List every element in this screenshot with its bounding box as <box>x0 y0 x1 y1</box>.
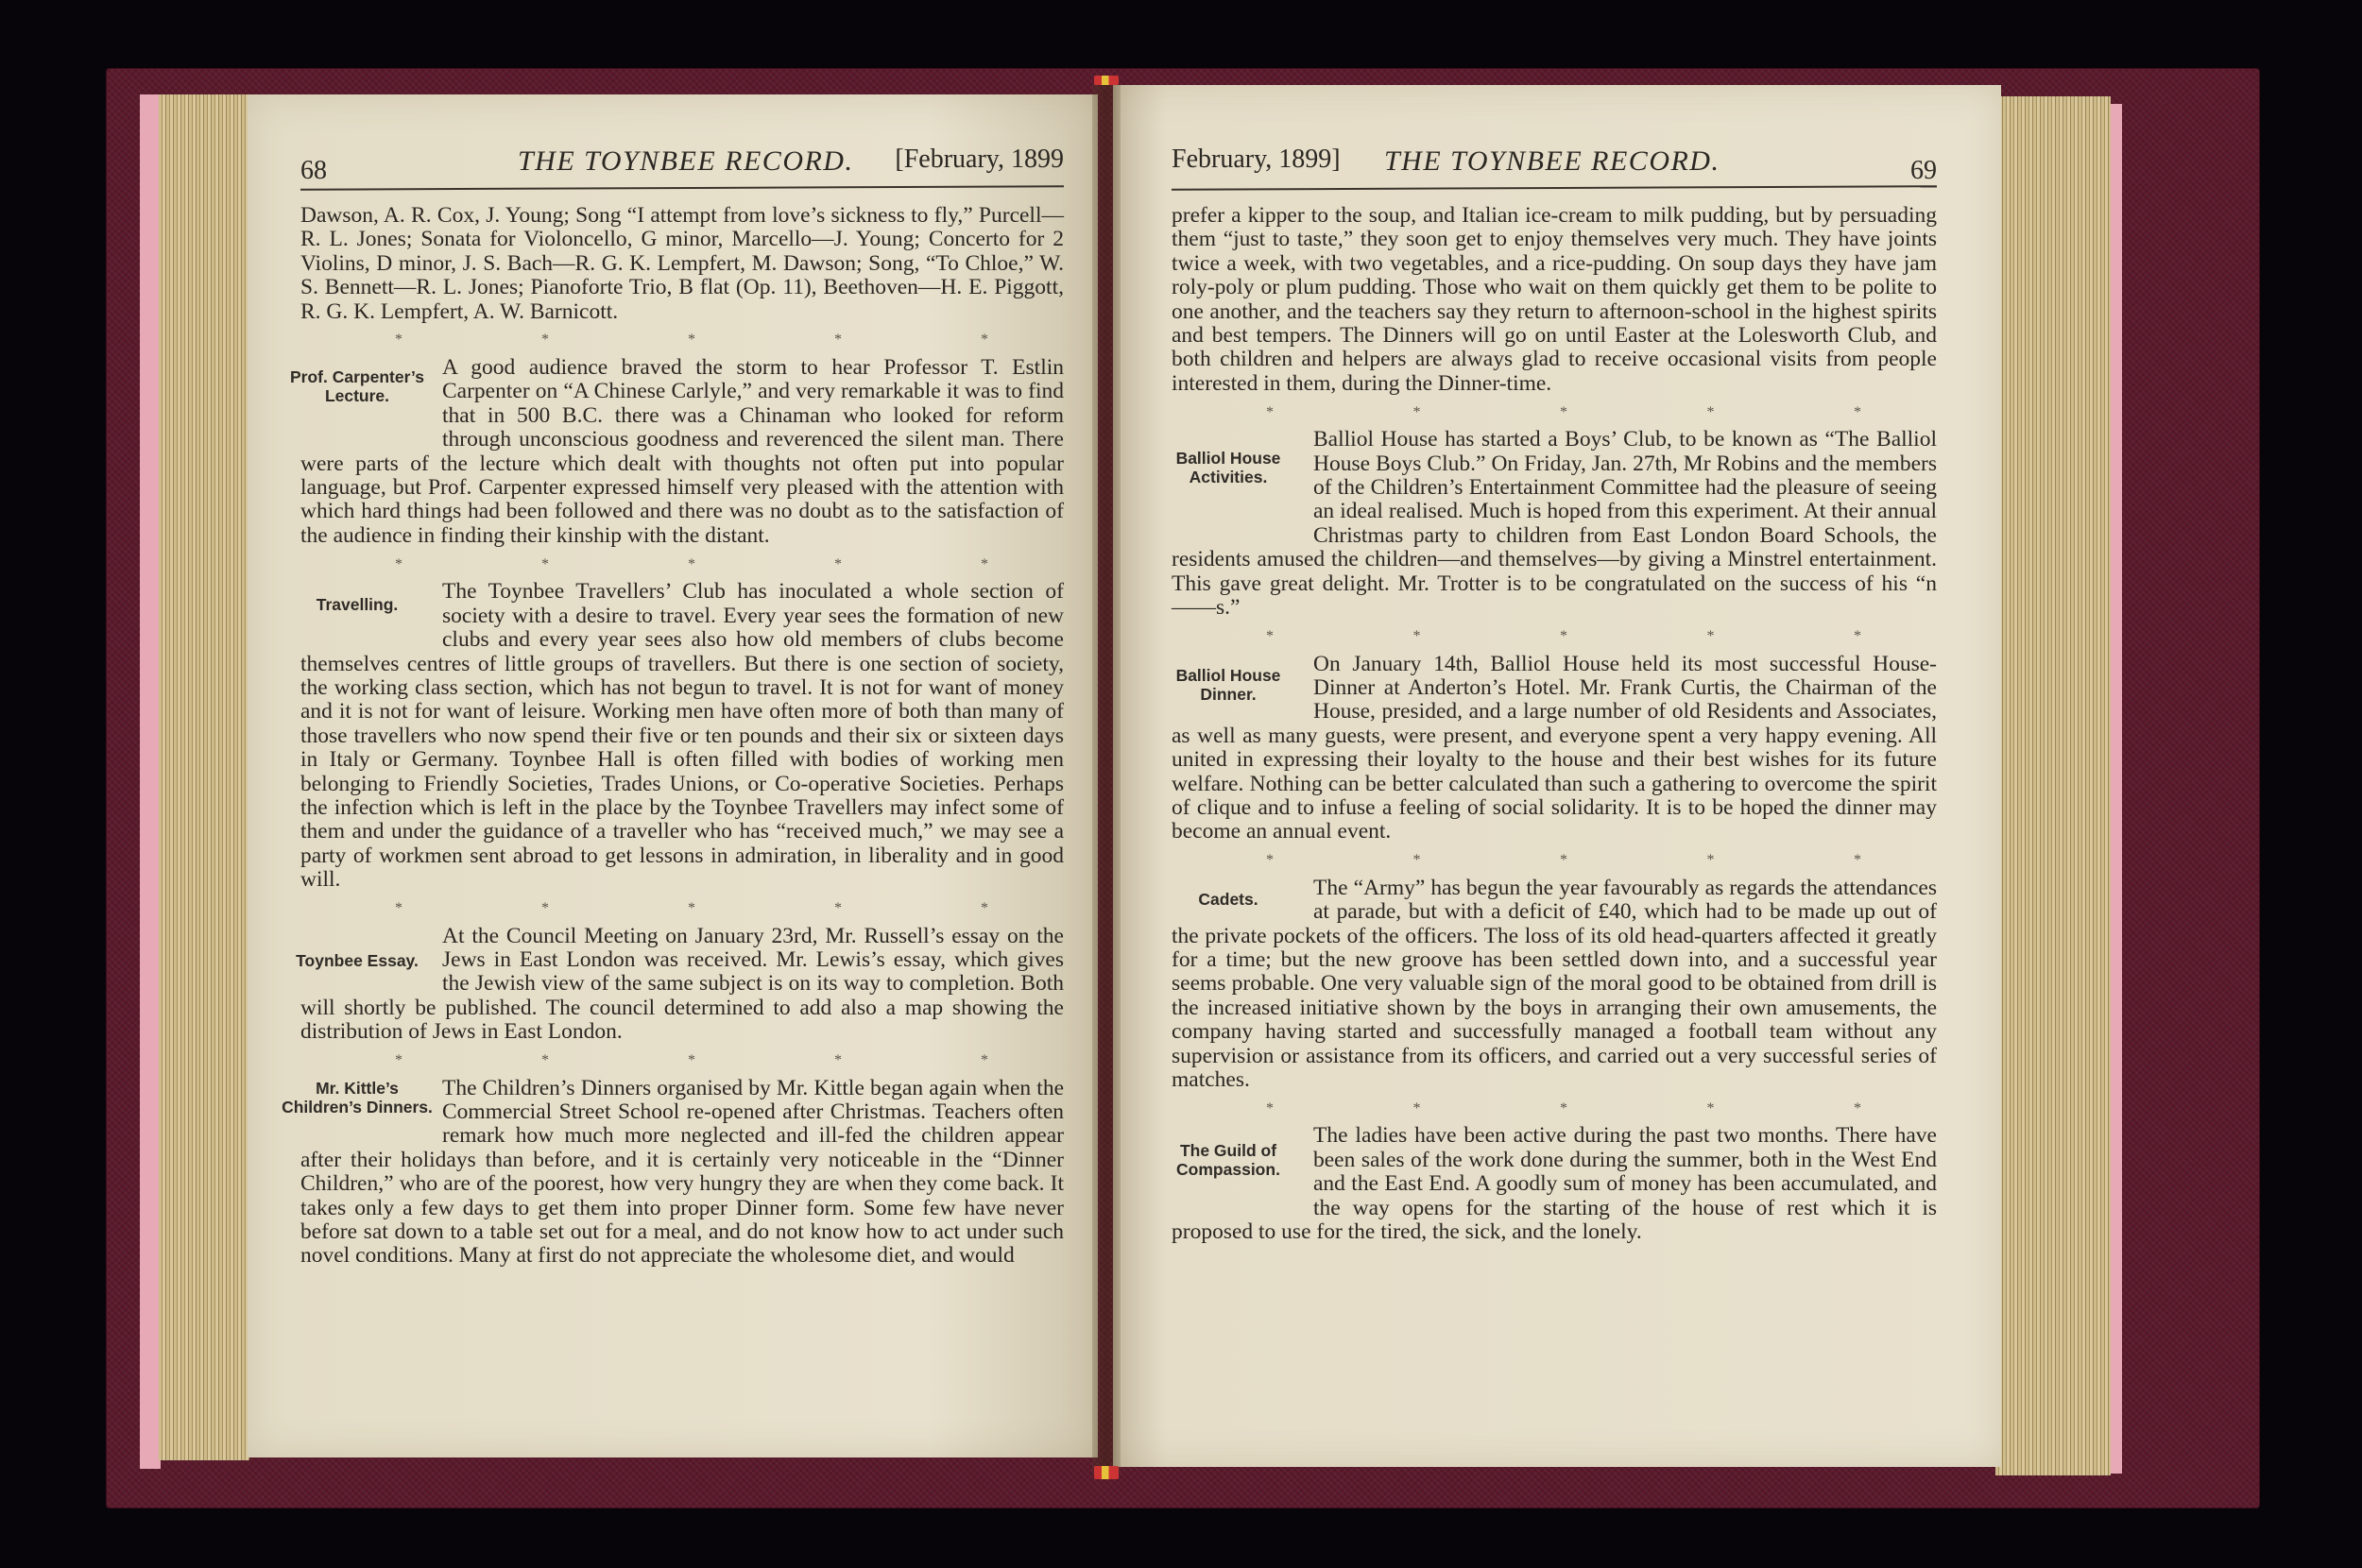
bottom-headband <box>1094 1466 1119 1479</box>
running-title: THE TOYNBEE RECORD. <box>518 149 853 173</box>
left-page-text: 68 THE TOYNBEE RECORD. [February, 1899 D… <box>300 142 1064 1269</box>
right-running-head: February, 1899] THE TOYNBEE RECORD. 69 <box>1172 142 1937 179</box>
section-separator: ***** <box>1172 1092 1937 1124</box>
section-separator: ***** <box>1172 844 1937 877</box>
right-pink-endpaper <box>2109 104 2122 1474</box>
issue-date: February, 1899] <box>1172 147 1341 171</box>
article-prof-carpenters-lecture: Prof. Carpenter’s Lecture. A good audien… <box>300 356 1064 548</box>
section-separator: ***** <box>300 324 1064 356</box>
article-kittles-childrens-dinners: Mr. Kittle’s Children’s Dinners. The Chi… <box>300 1077 1064 1269</box>
continued-paragraph: Dawson, A. R. Cox, J. Young; Song “I att… <box>300 204 1064 324</box>
section-separator: ***** <box>300 1045 1064 1077</box>
article-balliol-house-activities: Balliol House Activities. Balliol House … <box>1172 428 1937 620</box>
top-headband <box>1094 76 1119 85</box>
side-heading: Toynbee Essay. <box>282 925 433 997</box>
article-travelling: Travelling. The Toynbee Travellers’ Club… <box>300 580 1064 892</box>
section-separator: ***** <box>300 548 1064 580</box>
article-guild-of-compassion: The Guild of Compassion. The ladies have… <box>1172 1124 1937 1244</box>
section-separator: ***** <box>1172 621 1937 653</box>
side-heading: Balliol House Activities. <box>1153 428 1304 524</box>
side-heading: Mr. Kittle’s Children’s Dinners. <box>282 1077 433 1143</box>
section-separator: ***** <box>300 893 1064 925</box>
side-heading: Cadets. <box>1153 877 1304 924</box>
left-page-edges <box>159 94 249 1460</box>
side-heading: Travelling. <box>282 580 433 629</box>
running-title: THE TOYNBEE RECORD. <box>1384 149 1720 173</box>
section-separator: ***** <box>1172 396 1937 428</box>
right-page-text: February, 1899] THE TOYNBEE RECORD. 69 p… <box>1172 142 1937 1244</box>
right-page-edges <box>1995 96 2111 1475</box>
side-heading: The Guild of Compassion. <box>1153 1124 1304 1198</box>
article-cadets: Cadets. The “Army” has begun the year fa… <box>1172 877 1937 1093</box>
article-balliol-house-dinner: Balliol House Dinner. On January 14th, B… <box>1172 653 1937 844</box>
page-number: 68 <box>300 159 327 182</box>
left-pink-endpaper <box>140 94 161 1469</box>
page-number: 69 <box>1910 159 1937 182</box>
header-rule <box>1172 185 1937 191</box>
continued-paragraph: prefer a kipper to the soup, and Italian… <box>1172 204 1937 396</box>
article-toynbee-essay: Toynbee Essay. At the Council Meeting on… <box>300 925 1064 1045</box>
left-running-head: 68 THE TOYNBEE RECORD. [February, 1899 <box>300 142 1064 179</box>
book-gutter <box>1092 85 1121 1474</box>
issue-date: [February, 1899 <box>895 147 1064 171</box>
side-heading: Balliol House Dinner. <box>1153 653 1304 724</box>
side-heading: Prof. Carpenter’s Lecture. <box>282 356 433 449</box>
header-rule <box>300 185 1064 191</box>
